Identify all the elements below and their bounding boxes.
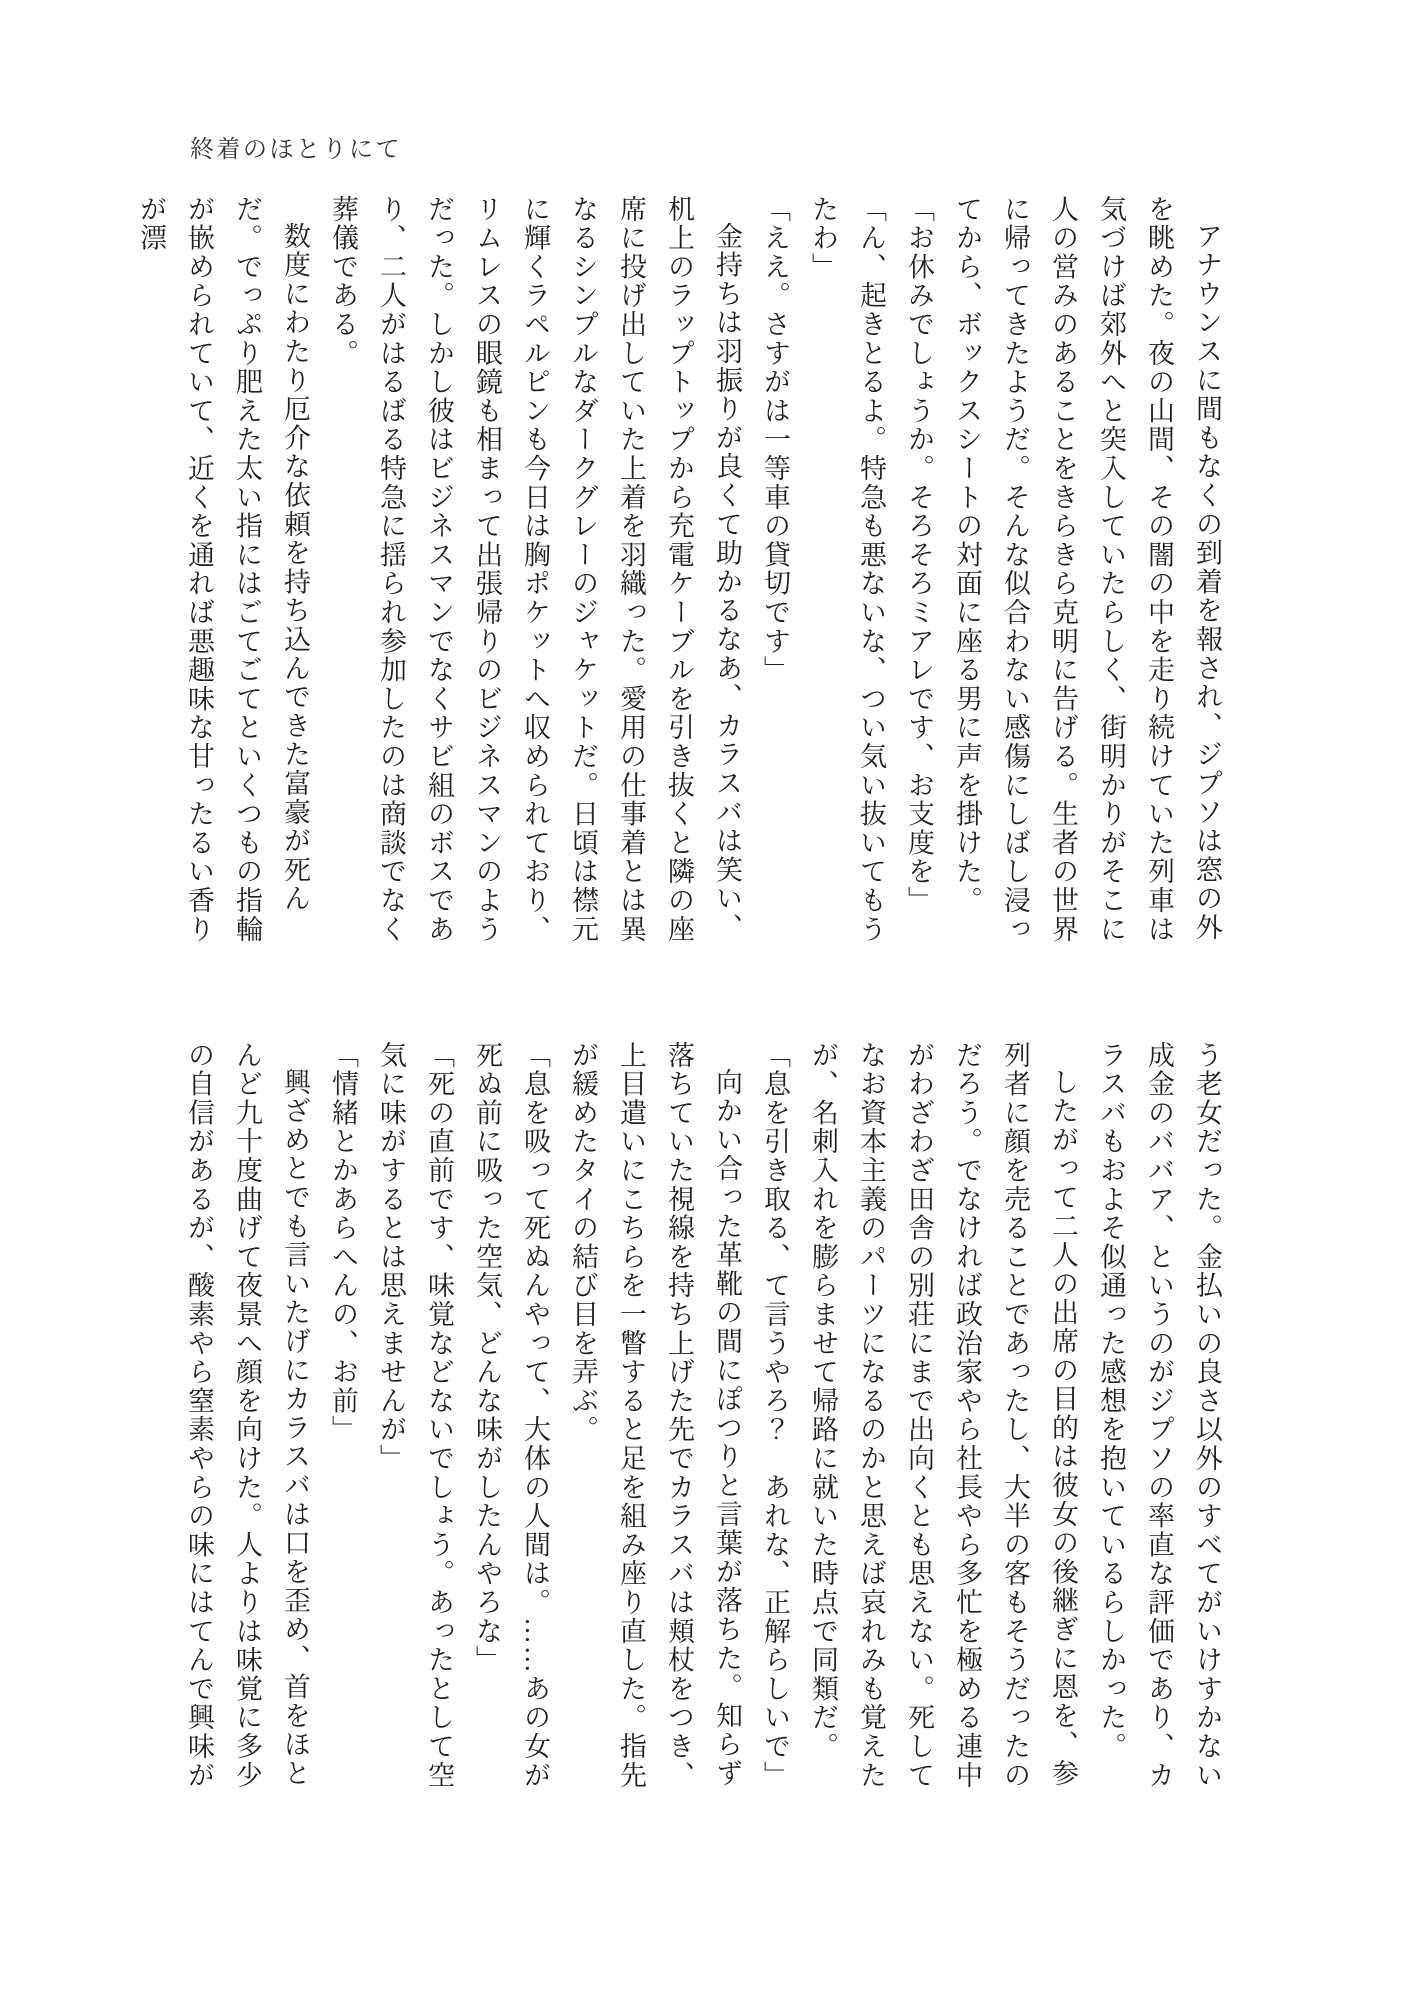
paragraph-dialogue: 「情緒とかあらへんの、お前」 [319, 1041, 367, 1793]
novel-page: 終着のほとりにて アナウンスに間もなくの到着を報され、ジプソは窓の外を眺めた。夜… [0, 0, 1409, 2000]
paragraph: 数度にわたり厄介な依頼を持ち込んできた富豪が死んだ。でっぷり肥えた太い指にはごて… [127, 195, 319, 947]
paragraph: 金持ちは羽振りが良くて助かるなあ、カラスバは笑い、机上のラップトップから充電ケー… [319, 195, 751, 947]
text-block-top: アナウンスに間もなくの到着を報され、ジプソは窓の外を眺めた。夜の山間、その闇の中… [91, 195, 1231, 947]
paragraph-dialogue: 「死の直前です、味覚などないでしょう。あったとして空気に味がするとは思えませんが… [367, 1041, 463, 1793]
paragraph: 興ざめとでも言いたげにカラスバは口を歪め、首をほとんど九十度曲げて夜景へ顔を向け… [175, 1041, 319, 1793]
paragraph-continuation: う老女だった。金払いの良さ以外のすべてがいけすかない成金のババア、というのがジプ… [1087, 1041, 1231, 1793]
paragraph-dialogue: 「ええ。さすがは一等車の貸切です」 [751, 195, 799, 947]
text-block-bottom: う老女だった。金払いの良さ以外のすべてがいけすかない成金のババア、というのがジプ… [91, 1041, 1231, 1793]
paragraph: したがって二人の出席の目的は彼女の後継ぎに恩を、参列者に顔を売ることであったし、… [799, 1041, 1087, 1793]
paragraph: 向かい合った革靴の間にぽつりと言葉が落ちた。知らず落ちていた視線を持ち上げた先で… [559, 1041, 751, 1793]
paragraph: アナウンスに間もなくの到着を報され、ジプソは窓の外を眺めた。夜の山間、その闇の中… [943, 195, 1231, 947]
paragraph-dialogue: 「ん、起きとるよ。特急も悪ないな、つい気い抜いてもうたわ」 [799, 195, 895, 947]
paragraph-dialogue: 「お休みでしょうか。そろそろミアレです、お支度を」 [895, 195, 943, 947]
paragraph-dialogue: 「息を吸って死ぬんやって、大体の人間は。……あの女が死ぬ前に吸った空気、どんな味… [463, 1041, 559, 1793]
paragraph-dialogue: 「息を引き取る、て言うやろ？ あれな、正解らしいで」 [751, 1041, 799, 1793]
running-head-title: 終着のほとりにて [190, 129, 402, 164]
